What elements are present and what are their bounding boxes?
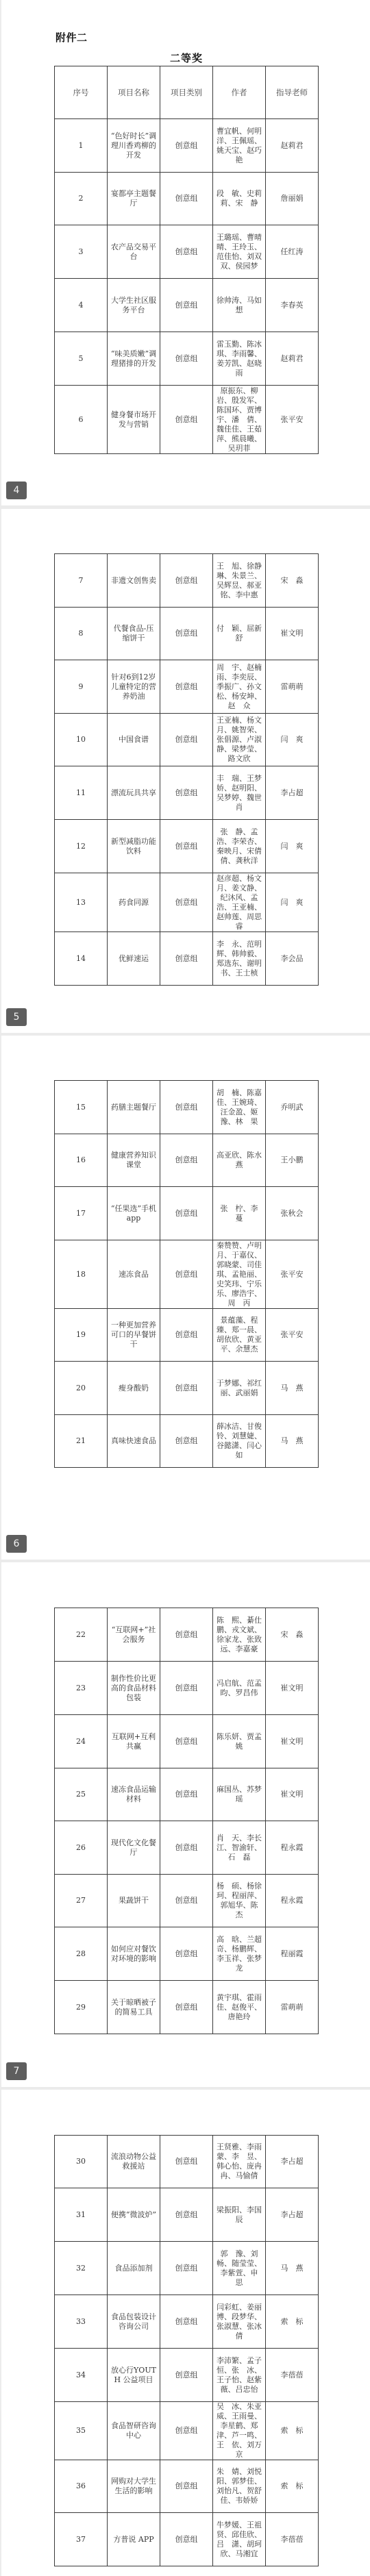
cell-no: 8 xyxy=(55,608,108,660)
cell-authors: 张 柠、李 蔓 xyxy=(213,1187,266,1240)
table-row: 6 健身餐市场开发与营销 创意组 原振东、柳 岩、殷发军、陈国环、贾博宇、潘 倩… xyxy=(55,386,319,454)
cell-category: 创意组 xyxy=(160,714,213,766)
column-header-advisor: 指导老师 xyxy=(266,66,319,119)
column-header-authors: 作者 xyxy=(213,66,266,119)
cell-advisor: 马 燕 xyxy=(266,1362,319,1415)
cell-category: 创意组 xyxy=(160,1821,213,1875)
cell-no: 14 xyxy=(55,932,108,986)
cell-project-name: 关于晾晒被子的简易工具 xyxy=(108,1981,160,2034)
cell-no: 31 xyxy=(55,2188,108,2242)
cell-project-name: “任果选”手机 app xyxy=(108,1187,160,1240)
cell-authors: 于梦娜、祁红丽、武丽娟 xyxy=(213,1362,266,1415)
cell-project-name: 食品包装设计咨询公司 xyxy=(108,2295,160,2349)
cell-category: 创意组 xyxy=(160,1875,213,1927)
cell-authors: 陈 熙、綦仕鹏、戎文斌、徐家龙、张致远、李嘉豪 xyxy=(213,1608,266,1662)
cell-authors: 黄宇琪、霍雨佳、赵俊平、唐艳玲 xyxy=(213,1981,266,2034)
cell-category: 创意组 xyxy=(160,1662,213,1715)
cell-category: 创意组 xyxy=(160,766,213,820)
cell-category: 创意组 xyxy=(160,1309,213,1362)
table-row: 20 瘦身酸奶 创意组 于梦娜、祁红丽、武丽娟 马 燕 xyxy=(55,1362,319,1415)
page-number-badge: 4 xyxy=(6,482,27,499)
document-page: 30 流浪动物公益救援站 创意组 王贤雅、李雨蒙、李 昱、韩心怡、庞冉冉、马愉倩… xyxy=(0,2090,370,2576)
table-row: 10 中国食谱 创意组 王亚楠、杨文月、姚智荣、张倡源、卢淑静、梁梦莹、路文欣 … xyxy=(55,714,319,766)
cell-advisor: 宋 淼 xyxy=(266,1608,319,1662)
cell-advisor: 李蓓蓓 xyxy=(266,2513,319,2566)
cell-advisor: 马 燕 xyxy=(266,2242,319,2295)
cell-authors: 李沛繁、孟子恒、张 冰、王子怡、赵紫薇、吕忠怡 xyxy=(213,2349,266,2402)
cell-no: 30 xyxy=(55,2136,108,2188)
cell-no: 16 xyxy=(55,1134,108,1187)
table-row: 21 真味快速食品 创意组 薛冰洁、甘俊铃、刘慧婕、谷懿潇、闫心如 马 燕 xyxy=(55,1415,319,1468)
table-row: 36 网购对大学生生活的影响 创意组 朱 婧、刘悦阳、郭梦佳、刘怡凡、贺舒佳、韦… xyxy=(55,2460,319,2513)
cell-advisor: 赵莉君 xyxy=(266,119,319,173)
cell-category: 创意组 xyxy=(160,2295,213,2349)
cell-no: 15 xyxy=(55,1081,108,1134)
cell-category: 创意组 xyxy=(160,932,213,986)
awards-table: 22 “互联网+”社会服务 创意组 陈 熙、綦仕鹏、戎文斌、徐家龙、张致远、李嘉… xyxy=(54,1608,319,2034)
cell-project-name: 一种更加营养可口的早餐饼干 xyxy=(108,1309,160,1362)
table-row: 27 果蔬饼干 创意组 杨 硕、杨徐珂、程丽萍、郭旭华、陈 杰 程永霞 xyxy=(55,1875,319,1927)
table-row: 5 “味美质嫩”调理猪排的开发 创意组 雷玉勤、陈冰琪、李雨馨、姜芳凯、赵晓雨 … xyxy=(55,332,319,386)
table-header-row: 序号 项目名称 项目类别 作者 指导老师 xyxy=(55,66,319,119)
cell-category: 创意组 xyxy=(160,173,213,225)
cell-category: 创意组 xyxy=(160,608,213,660)
cell-no: 32 xyxy=(55,2242,108,2295)
table-row: 12 新型减脂功能饮料 创意组 张 静、孟 浩、李荣杏、秦映月、宋倩倩、龚秋洋 … xyxy=(55,820,319,873)
table-row: 7 非遗文创售卖 创意组 王 旭、徐静琳、朱景兰、吴辉昱、郝亚铭、李中惠 宋 淼 xyxy=(55,554,319,608)
awards-table: 15 药膳主题餐厅 创意组 胡 楠、陈嘉佳、王婉琦、汪金盈、姬 豫、林 果 乔明… xyxy=(54,1080,319,1468)
document-page: 15 药膳主题餐厅 创意组 胡 楠、陈嘉佳、王婉琦、汪金盈、姬 豫、林 果 乔明… xyxy=(0,1036,370,1560)
cell-advisor: 李占超 xyxy=(266,766,319,820)
cell-advisor: 任红涛 xyxy=(266,225,319,279)
cell-advisor: 索 标 xyxy=(266,2295,319,2349)
cell-category: 创意组 xyxy=(160,1134,213,1187)
cell-category: 创意组 xyxy=(160,1715,213,1768)
cell-advisor: 詹丽娟 xyxy=(266,173,319,225)
cell-advisor: 王小鹏 xyxy=(266,1134,319,1187)
cell-authors: 朱 婧、刘悦阳、郭梦佳、刘怡凡、贺舒佳、韦娇娇 xyxy=(213,2460,266,2513)
cell-category: 创意组 xyxy=(160,1608,213,1662)
cell-authors: 付 颖、屈新舒 xyxy=(213,608,266,660)
cell-advisor: 马 燕 xyxy=(266,1415,319,1468)
cell-advisor: 索 标 xyxy=(266,2402,319,2460)
cell-advisor: 闫 爽 xyxy=(266,873,319,932)
table-row: 34 放心行YOUTH 公益项目 创意组 李沛繁、孟子恒、张 冰、王子怡、赵紫薇… xyxy=(55,2349,319,2402)
table-row: 31 便携“微波炉” 创意组 梁振阳、李国辰 李占超 xyxy=(55,2188,319,2242)
cell-project-name: “色好时长”调理川香鸡柳的开发 xyxy=(108,119,160,173)
cell-authors: 闫彩虹、姜丽博、段梦华、张淑慧、张冰倩 xyxy=(213,2295,266,2349)
cell-advisor: 闫 爽 xyxy=(266,820,319,873)
table-row: 17 “任果选”手机 app 创意组 张 柠、李 蔓 张秋会 xyxy=(55,1187,319,1240)
cell-project-name: 流浪动物公益救援站 xyxy=(108,2136,160,2188)
cell-project-name: 食品添加剂 xyxy=(108,2242,160,2295)
cell-authors: 胡 楠、陈嘉佳、王婉琦、汪金盈、姬 豫、林 果 xyxy=(213,1081,266,1134)
column-header-category: 项目类别 xyxy=(160,66,213,119)
cell-category: 创意组 xyxy=(160,1240,213,1309)
table-row: 9 针对6到12岁儿童特定的营养奶油 创意组 周 宇、赵楠雨、李奕辰、季振广、孙… xyxy=(55,660,319,714)
cell-advisor: 张平安 xyxy=(266,1240,319,1309)
cell-no: 11 xyxy=(55,766,108,820)
table-row: 25 速冻食品运输材料 创意组 麻国丛、苏梦瑶 崔文明 xyxy=(55,1768,319,1821)
cell-project-name: 药膳主题餐厅 xyxy=(108,1081,160,1134)
cell-no: 26 xyxy=(55,1821,108,1875)
table-row: 33 食品包装设计咨询公司 创意组 闫彩虹、姜丽博、段梦华、张淑慧、张冰倩 索 … xyxy=(55,2295,319,2349)
cell-advisor: 张平安 xyxy=(266,386,319,454)
cell-advisor: 赵莉君 xyxy=(266,332,319,386)
table-row: 2 宴都亭主题餐厅 创意组 段 敏、史莉莉、宋 静 詹丽娟 xyxy=(55,173,319,225)
cell-advisor: 宋 淼 xyxy=(266,554,319,608)
document-page: 7 非遗文创售卖 创意组 王 旭、徐静琳、朱景兰、吴辉昱、郝亚铭、李中惠 宋 淼… xyxy=(0,509,370,1033)
cell-no: 28 xyxy=(55,1927,108,1981)
table-row: 11 漂流玩具共享 创意组 丰 瑞、王梦娇、赵明阳、吴梦婷、魏世肖 李占超 xyxy=(55,766,319,820)
award-title: 二等奖 xyxy=(54,51,319,65)
cell-advisor: 程永霞 xyxy=(266,1875,319,1927)
table-row: 32 食品添加剂 创意组 郭 豫、刘 畅、随莹莹、李紫萱、申 思 马 燕 xyxy=(55,2242,319,2295)
cell-category: 创意组 xyxy=(160,873,213,932)
cell-no: 6 xyxy=(55,386,108,454)
cell-advisor: 崔文明 xyxy=(266,1662,319,1715)
page-number-badge: 5 xyxy=(6,1008,27,1026)
cell-authors: 陈乐妍、贾孟姚 xyxy=(213,1715,266,1768)
cell-authors: 原振东、柳 岩、殷发军、陈国环、贾博宇、潘 倩、魏佳佳、王茹萍、熊晨曦、吴玥菲 xyxy=(213,386,266,454)
cell-project-name: 新型减脂功能饮料 xyxy=(108,820,160,873)
cell-category: 创意组 xyxy=(160,820,213,873)
cell-authors: 薛冰洁、甘俊铃、刘慧婕、谷懿潇、闫心如 xyxy=(213,1415,266,1468)
cell-category: 创意组 xyxy=(160,279,213,332)
cell-project-name: 互联网+互利共赢 xyxy=(108,1715,160,1768)
cell-project-name: 健身餐市场开发与营销 xyxy=(108,386,160,454)
cell-project-name: 健康营养知识课堂 xyxy=(108,1134,160,1187)
cell-authors: 王贤雅、李雨蒙、李 昱、韩心怡、庞冉冉、马愉倩 xyxy=(213,2136,266,2188)
cell-authors: 赵彦超、杨文月、姜文静、纪沐风、孟 浩、王亚楠、赵帅莲、周思睿 xyxy=(213,873,266,932)
cell-authors: 张 静、孟 浩、李荣杏、秦映月、宋倩倩、龚秋洋 xyxy=(213,820,266,873)
document-page: 22 “互联网+”社会服务 创意组 陈 熙、綦仕鹏、戎文斌、徐家龙、张致远、李嘉… xyxy=(0,1562,370,2087)
cell-category: 创意组 xyxy=(160,2136,213,2188)
page-number-badge: 6 xyxy=(6,1535,27,1553)
cell-authors: 曹宜帆、何明洋、王佩瑶、姚天宝、赵巧艳 xyxy=(213,119,266,173)
cell-authors: 景蕴藻、程 臻、郑一晨、胡依欣、黄亚平、余慧杰 xyxy=(213,1309,266,1362)
cell-no: 9 xyxy=(55,660,108,714)
cell-advisor: 李占超 xyxy=(266,2188,319,2242)
cell-project-name: 速冻食品运输材料 xyxy=(108,1768,160,1821)
cell-advisor: 崔文明 xyxy=(266,1715,319,1768)
cell-category: 创意组 xyxy=(160,386,213,454)
cell-no: 1 xyxy=(55,119,108,173)
cell-project-name: 宴都亭主题餐厅 xyxy=(108,173,160,225)
cell-no: 4 xyxy=(55,279,108,332)
cell-advisor: 闫 爽 xyxy=(266,714,319,766)
cell-no: 5 xyxy=(55,332,108,386)
cell-project-name: 速冻食品 xyxy=(108,1240,160,1309)
table-row: 16 健康营养知识课堂 创意组 高亚欣、陈水燕 王小鹏 xyxy=(55,1134,319,1187)
cell-project-name: 制作性价比更高的食品材料包装 xyxy=(108,1662,160,1715)
cell-project-name: “互联网+”社会服务 xyxy=(108,1608,160,1662)
cell-no: 29 xyxy=(55,1981,108,2034)
cell-no: 36 xyxy=(55,2460,108,2513)
table-row: 26 现代化文化餐厅 创意组 肖 天、李长江、智渝轩、石 磊 程永霞 xyxy=(55,1821,319,1875)
cell-authors: 李 永、范明辉、韩帅毅、郑选东、谢明书、王士桢 xyxy=(213,932,266,986)
awards-table: 7 非遗文创售卖 创意组 王 旭、徐静琳、朱景兰、吴辉昱、郝亚铭、李中惠 宋 淼… xyxy=(54,553,319,986)
table-row: 18 速冻食品 创意组 秦赞赞、卢明月、于嘉仪、郭晓蒙、司佳琪、孟艳丽、史笑玮、… xyxy=(55,1240,319,1309)
cell-authors: 丰 瑞、王梦娇、赵明阳、吴梦婷、魏世肖 xyxy=(213,766,266,820)
cell-no: 13 xyxy=(55,873,108,932)
cell-advisor: 雷萌萌 xyxy=(266,1981,319,2034)
cell-authors: 王璐瑶、曹晴晴、王玲玉、范佳怡、刘双双、侯园梦 xyxy=(213,225,266,279)
cell-authors: 段 敏、史莉莉、宋 静 xyxy=(213,173,266,225)
cell-project-name: 优鲜速运 xyxy=(108,932,160,986)
table-row: 8 代餐食品-压缩饼干 创意组 付 颖、屈新舒 崔文明 xyxy=(55,608,319,660)
cell-category: 创意组 xyxy=(160,1415,213,1468)
cell-advisor: 崔文明 xyxy=(266,1768,319,1821)
table-row: 28 如何应对餐饮对环境的影响 创意组 高 晗、兰超奇、杨鹏辉、李玉祥、张梦龙 … xyxy=(55,1927,319,1981)
cell-advisor: 程永霞 xyxy=(266,1821,319,1875)
cell-category: 创意组 xyxy=(160,332,213,386)
column-header-no: 序号 xyxy=(55,66,108,119)
cell-advisor: 张秋会 xyxy=(266,1187,319,1240)
cell-project-name: 农产品交易平台 xyxy=(108,225,160,279)
cell-advisor: 索 标 xyxy=(266,2460,319,2513)
cell-authors: 王亚楠、杨文月、姚智荣、张倡源、卢淑静、梁梦莹、路文欣 xyxy=(213,714,266,766)
cell-no: 20 xyxy=(55,1362,108,1415)
table-row: 3 农产品交易平台 创意组 王璐瑶、曹晴晴、王玲玉、范佳怡、刘双双、侯园梦 任红… xyxy=(55,225,319,279)
table-row: 19 一种更加营养可口的早餐饼干 创意组 景蕴藻、程 臻、郑一晨、胡依欣、黄亚平… xyxy=(55,1309,319,1362)
table-row: 22 “互联网+”社会服务 创意组 陈 熙、綦仕鹏、戎文斌、徐家龙、张致远、李嘉… xyxy=(55,1608,319,1662)
cell-advisor: 程丽霞 xyxy=(266,1927,319,1981)
cell-authors: 周 宇、赵楠雨、李奕辰、季振广、孙文松、杨安坤、赵 众 xyxy=(213,660,266,714)
cell-category: 创意组 xyxy=(160,1981,213,2034)
table-row: 1 “色好时长”调理川香鸡柳的开发 创意组 曹宜帆、何明洋、王佩瑶、姚天宝、赵巧… xyxy=(55,119,319,173)
cell-advisor: 李占超 xyxy=(266,2136,319,2188)
cell-no: 12 xyxy=(55,820,108,873)
cell-no: 19 xyxy=(55,1309,108,1362)
cell-no: 27 xyxy=(55,1875,108,1927)
cell-no: 10 xyxy=(55,714,108,766)
cell-no: 22 xyxy=(55,1608,108,1662)
cell-project-name: 方普说 APP xyxy=(108,2513,160,2566)
cell-category: 创意组 xyxy=(160,2402,213,2460)
table-row: 13 药食同源 创意组 赵彦超、杨文月、姜文静、纪沐风、孟 浩、王亚楠、赵帅莲、… xyxy=(55,873,319,932)
awards-table: 30 流浪动物公益救援站 创意组 王贤雅、李雨蒙、李 昱、韩心怡、庞冉冉、马愉倩… xyxy=(54,2135,319,2566)
cell-no: 35 xyxy=(55,2402,108,2460)
cell-project-name: 代餐食品-压缩饼干 xyxy=(108,608,160,660)
cell-authors: 高亚欣、陈水燕 xyxy=(213,1134,266,1187)
cell-authors: 高 晗、兰超奇、杨鹏辉、李玉祥、张梦龙 xyxy=(213,1927,266,1981)
cell-project-name: “味美质嫩”调理猪排的开发 xyxy=(108,332,160,386)
table-row: 23 制作性价比更高的食品材料包装 创意组 冯启航、范孟昀、罗昌伟 崔文明 xyxy=(55,1662,319,1715)
cell-authors: 冯启航、范孟昀、罗昌伟 xyxy=(213,1662,266,1715)
cell-project-name: 便携“微波炉” xyxy=(108,2188,160,2242)
cell-no: 2 xyxy=(55,173,108,225)
cell-category: 创意组 xyxy=(160,554,213,608)
table-row: 35 食品智研咨询中心 创意组 吴 冰、朱亚威、王雨曼、李星鹤、郑 津、芦一鸣、… xyxy=(55,2402,319,2460)
cell-authors: 秦赞赞、卢明月、于嘉仪、郭晓蒙、司佳琪、孟艳丽、史笑玮、宁乐乐、廖浩宇、周 丙 xyxy=(213,1240,266,1309)
cell-no: 37 xyxy=(55,2513,108,2566)
column-header-project-name: 项目名称 xyxy=(108,66,160,119)
cell-category: 创意组 xyxy=(160,1362,213,1415)
cell-project-name: 瘦身酸奶 xyxy=(108,1362,160,1415)
cell-authors: 郭 豫、刘 畅、随莹莹、李紫萱、申 思 xyxy=(213,2242,266,2295)
table-row: 4 大学生社区服务平台 创意组 徐帅涛、马如想 李春英 xyxy=(55,279,319,332)
attachment-label: 附件二 xyxy=(56,30,88,45)
document-page: 附件二 二等奖 序号 项目名称 项目类别 作者 指导老师 1 “色好时长”调理川… xyxy=(0,0,370,505)
cell-category: 创意组 xyxy=(160,119,213,173)
cell-no: 25 xyxy=(55,1768,108,1821)
table-row: 37 方普说 APP 创意组 牛梦媛、王祖贤、邱佳欣、吕 潇、胡珂欣、马湘宜 李… xyxy=(55,2513,319,2566)
table-row: 29 关于晾晒被子的简易工具 创意组 黄宇琪、霍雨佳、赵俊平、唐艳玲 雷萌萌 xyxy=(55,1981,319,2034)
cell-project-name: 针对6到12岁儿童特定的营养奶油 xyxy=(108,660,160,714)
cell-category: 创意组 xyxy=(160,2188,213,2242)
cell-project-name: 大学生社区服务平台 xyxy=(108,279,160,332)
cell-category: 创意组 xyxy=(160,2460,213,2513)
cell-project-name: 如何应对餐饮对环境的影响 xyxy=(108,1927,160,1981)
table-row: 15 药膳主题餐厅 创意组 胡 楠、陈嘉佳、王婉琦、汪金盈、姬 豫、林 果 乔明… xyxy=(55,1081,319,1134)
cell-category: 创意组 xyxy=(160,2513,213,2566)
cell-project-name: 食品智研咨询中心 xyxy=(108,2402,160,2460)
cell-no: 3 xyxy=(55,225,108,279)
table-row: 24 互联网+互利共赢 创意组 陈乐妍、贾孟姚 崔文明 xyxy=(55,1715,319,1768)
cell-category: 创意组 xyxy=(160,660,213,714)
cell-category: 创意组 xyxy=(160,1187,213,1240)
cell-category: 创意组 xyxy=(160,225,213,279)
cell-project-name: 现代化文化餐厅 xyxy=(108,1821,160,1875)
cell-project-name: 放心行YOUTH 公益项目 xyxy=(108,2349,160,2402)
cell-authors: 牛梦媛、王祖贤、邱佳欣、吕 潇、胡珂欣、马湘宜 xyxy=(213,2513,266,2566)
cell-advisor: 雷萌萌 xyxy=(266,660,319,714)
cell-project-name: 非遗文创售卖 xyxy=(108,554,160,608)
cell-category: 创意组 xyxy=(160,1768,213,1821)
cell-project-name: 网购对大学生生活的影响 xyxy=(108,2460,160,2513)
cell-authors: 梁振阳、李国辰 xyxy=(213,2188,266,2242)
cell-advisor: 乔明武 xyxy=(266,1081,319,1134)
cell-authors: 吴 冰、朱亚威、王雨曼、李星鹤、郑 津、芦一鸣、王 依、刘万京 xyxy=(213,2402,266,2460)
awards-table: 序号 项目名称 项目类别 作者 指导老师 1 “色好时长”调理川香鸡柳的开发 创… xyxy=(54,66,319,454)
cell-category: 创意组 xyxy=(160,2242,213,2295)
cell-no: 17 xyxy=(55,1187,108,1240)
cell-authors: 雷玉勤、陈冰琪、李雨馨、姜芳凯、赵晓雨 xyxy=(213,332,266,386)
cell-project-name: 果蔬饼干 xyxy=(108,1875,160,1927)
cell-category: 创意组 xyxy=(160,1081,213,1134)
cell-no: 23 xyxy=(55,1662,108,1715)
cell-advisor: 李蓓蓓 xyxy=(266,2349,319,2402)
cell-authors: 麻国丛、苏梦瑶 xyxy=(213,1768,266,1821)
cell-no: 18 xyxy=(55,1240,108,1309)
cell-project-name: 中国食谱 xyxy=(108,714,160,766)
cell-no: 33 xyxy=(55,2295,108,2349)
cell-authors: 徐帅涛、马如想 xyxy=(213,279,266,332)
cell-advisor: 崔文明 xyxy=(266,608,319,660)
cell-authors: 杨 硕、杨徐珂、程丽萍、郭旭华、陈 杰 xyxy=(213,1875,266,1927)
cell-no: 7 xyxy=(55,554,108,608)
cell-project-name: 漂流玩具共享 xyxy=(108,766,160,820)
cell-project-name: 药食同源 xyxy=(108,873,160,932)
cell-category: 创意组 xyxy=(160,2349,213,2402)
cell-no: 24 xyxy=(55,1715,108,1768)
cell-category: 创意组 xyxy=(160,1927,213,1981)
cell-advisor: 李会品 xyxy=(266,932,319,986)
page-number-badge: 7 xyxy=(6,2062,27,2080)
cell-no: 21 xyxy=(55,1415,108,1468)
cell-no: 34 xyxy=(55,2349,108,2402)
cell-project-name: 真味快速食品 xyxy=(108,1415,160,1468)
cell-advisor: 李春英 xyxy=(266,279,319,332)
table-row: 30 流浪动物公益救援站 创意组 王贤雅、李雨蒙、李 昱、韩心怡、庞冉冉、马愉倩… xyxy=(55,2136,319,2188)
cell-authors: 肖 天、李长江、智渝轩、石 磊 xyxy=(213,1821,266,1875)
cell-advisor: 张平安 xyxy=(266,1309,319,1362)
table-row: 14 优鲜速运 创意组 李 永、范明辉、韩帅毅、郑选东、谢明书、王士桢 李会品 xyxy=(55,932,319,986)
cell-authors: 王 旭、徐静琳、朱景兰、吴辉昱、郝亚铭、李中惠 xyxy=(213,554,266,608)
